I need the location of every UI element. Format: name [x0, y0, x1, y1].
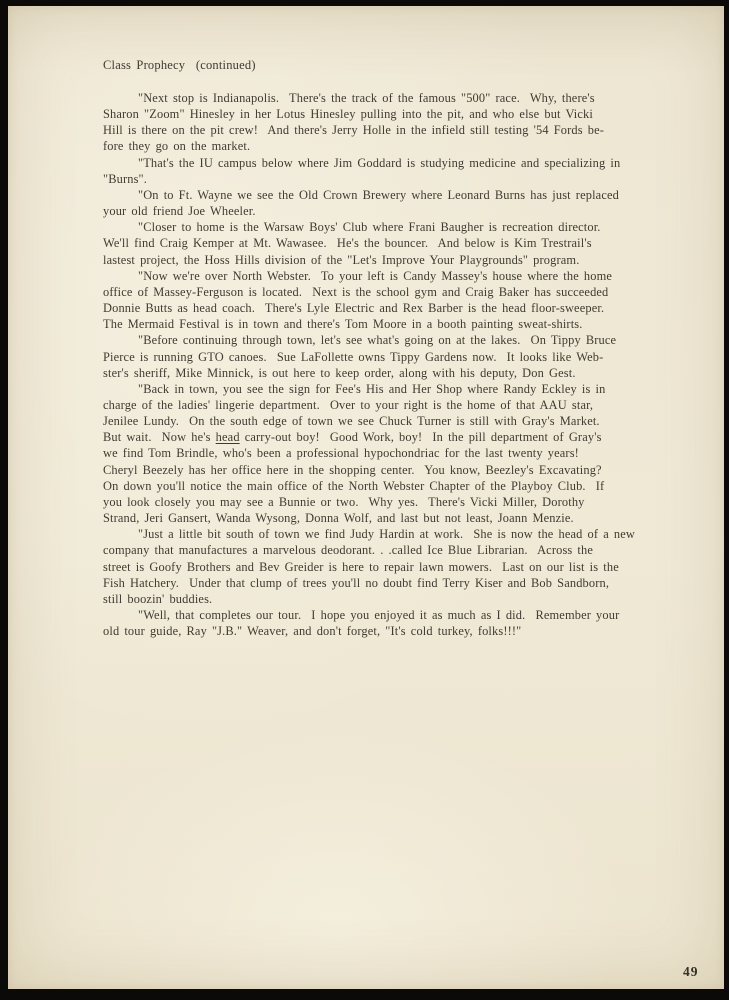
- scanned-page: Class Prophecy (continued) "Next stop is…: [8, 6, 724, 989]
- paragraph: "On to Ft. Wayne we see the Old Crown Br…: [103, 187, 663, 219]
- page-number: 49: [683, 964, 699, 980]
- paragraph: "Before continuing through town, let's s…: [103, 332, 663, 380]
- paragraph: "Well, that completes our tour. I hope y…: [103, 607, 663, 639]
- paragraph: "Just a little bit south of town we find…: [103, 526, 663, 607]
- paragraph: "Now we're over North Webster. To your l…: [103, 268, 663, 333]
- prophecy-text: "Next stop is Indianapolis. There's the …: [103, 90, 663, 639]
- paragraph: "That's the IU campus below where Jim Go…: [103, 155, 663, 187]
- paragraph: "Closer to home is the Warsaw Boys' Club…: [103, 219, 663, 267]
- paragraph: "Next stop is Indianapolis. There's the …: [103, 90, 663, 155]
- scan-background: { "page": { "header": "Class Prophecy (c…: [0, 0, 729, 1000]
- paragraph: "Back in town, you see the sign for Fee'…: [103, 381, 663, 526]
- page-header: Class Prophecy (continued): [103, 58, 256, 73]
